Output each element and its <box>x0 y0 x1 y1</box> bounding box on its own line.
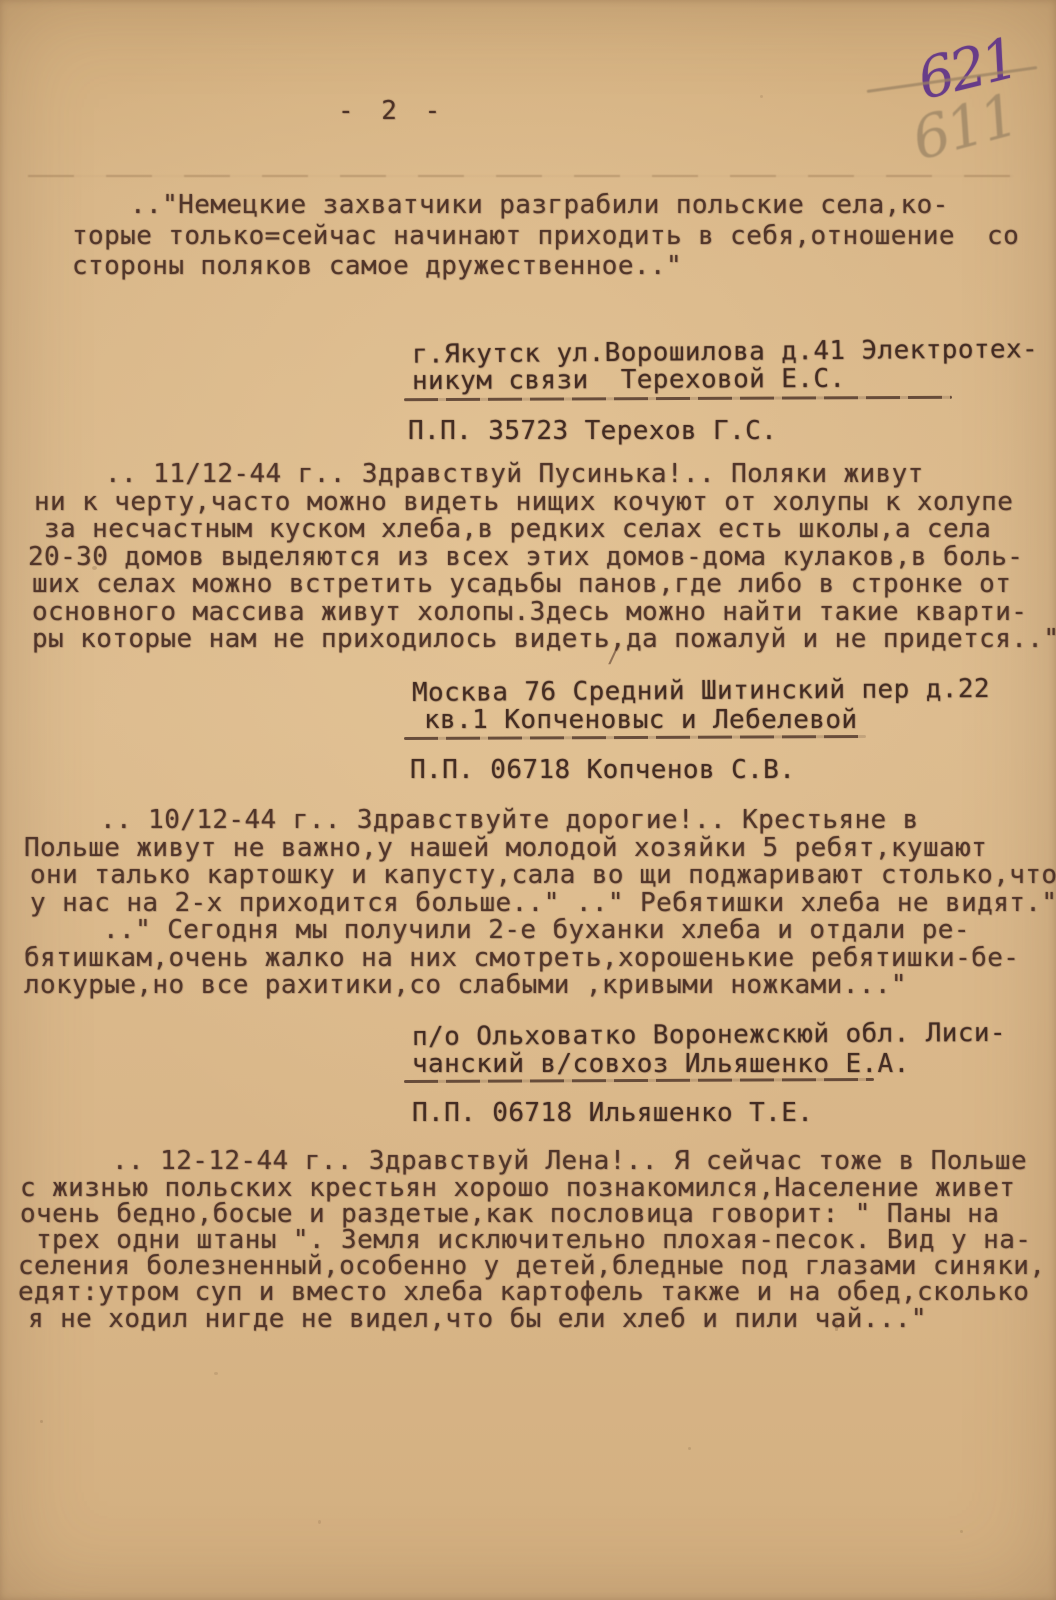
address-line: чанский в/совхоз Ильяшенко Е.А. <box>412 1051 910 1077</box>
paper-speck <box>40 1420 43 1423</box>
letter-line: за несчастным куском хлеба,в редких села… <box>44 516 991 542</box>
letter-line: они талько картошку и капусту,сала во щи… <box>30 862 1056 888</box>
address-line: п/о Ольховатко Воронежскюй обл. Лиси- <box>412 1020 1006 1050</box>
stray-slash-mark: / <box>607 640 621 668</box>
address-line: никум связи Тереховой Е.С. <box>412 366 846 394</box>
address-line: Москва 76 Средний Шитинский пер д.22 <box>412 676 990 706</box>
address-underline <box>404 735 866 740</box>
letter-line: .. 10/12-44 г.. Здравствуйте дорогие!.. … <box>100 807 919 833</box>
letter-line: Польше живут не важно,у нашей молодой хо… <box>24 835 987 861</box>
quote-line: торые только=сейчас начинают приходить в… <box>72 223 1019 249</box>
letter-line: основного массива живут холопы.Здесь мож… <box>32 599 1027 625</box>
field-post-line: П.П. 35723 Терехов Г.С. <box>408 418 777 444</box>
letter-line: .." Сегодня мы получили 2-е буханки хлеб… <box>103 917 970 943</box>
letter-line: .. 12-12-44 г.. Здравствуй Лена!.. Я сей… <box>112 1148 1027 1174</box>
letter-line: ших селах можно встретить усадьбы панов,… <box>32 571 1011 597</box>
quote-line: .."Немецкие захватчики разграбили польск… <box>130 192 949 218</box>
address-underline <box>404 1078 874 1083</box>
letter-line: 20-30 домов выделяются из всех этих домо… <box>28 544 1023 570</box>
letter-line: трех одни штаны ". Земля исключительно п… <box>36 1227 1031 1253</box>
letter-line: очень бедно,босые и раздетые,как послови… <box>20 1201 999 1227</box>
letter-line: селения болезненный,особенно у детей,бле… <box>18 1253 1045 1279</box>
letter-line: ни к черту,часто можно видеть нищих кочу… <box>34 489 1013 515</box>
letter-line: у нас на 2-х приходится больше.." .." Ре… <box>30 890 1056 916</box>
letter-line: ры которые нам не приходилось видеть,да … <box>32 626 1056 652</box>
paper-speck <box>92 566 97 570</box>
letter-line: едят:утром суп и вместо хлеба картофель … <box>18 1279 1029 1305</box>
letter-line: с жизнью польских крестьян хорошо познак… <box>20 1175 1015 1201</box>
field-post-line: П.П. 06718 Ильяшенко Т.Е. <box>412 1100 813 1126</box>
paper-speck <box>960 1530 963 1533</box>
letter-line: .. 11/12-44 г.. Здравствуй Пусинька!.. П… <box>105 461 924 487</box>
page-number: - 2 - <box>338 98 446 124</box>
paper-speck <box>688 1447 691 1450</box>
quote-line: стороны поляков самое дружественное.." <box>72 253 682 279</box>
crease-line <box>28 175 1013 177</box>
letter-line: я не ходил нигде не видел,что бы ели хле… <box>28 1306 927 1332</box>
document-page: 621 611 - 2 - .."Немецкие захватчики раз… <box>0 0 1056 1600</box>
address-line: кв.1 Копченовыс и Лебелевой <box>424 707 857 733</box>
address-line: г.Якутск ул.Ворошилова д.41 Электротех- <box>412 336 1038 367</box>
letter-line: локурые,но все рахитики,со слабыми ,крив… <box>24 972 907 998</box>
paper-speck <box>760 95 763 98</box>
field-post-line: П.П. 06718 Копченов С.В. <box>410 757 795 783</box>
address-underline <box>404 396 952 401</box>
paper-speck <box>214 1372 218 1375</box>
paper-speck <box>835 1322 838 1331</box>
paper-speck <box>318 1520 321 1524</box>
letter-line: бятишкам,очень жалко на них смотреть,хор… <box>24 945 1019 971</box>
